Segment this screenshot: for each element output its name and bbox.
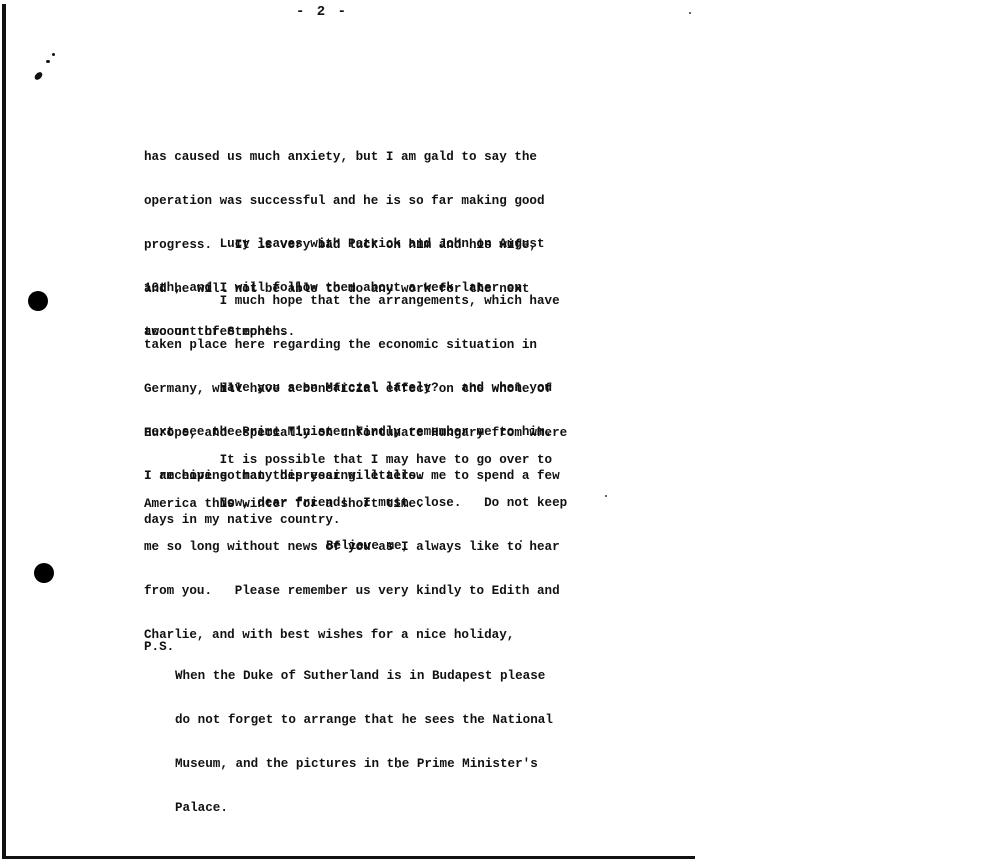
ink-speck bbox=[520, 540, 522, 542]
ink-speck bbox=[605, 495, 607, 497]
text-line: Now, dear friend! I must close. Do not k… bbox=[144, 496, 567, 511]
text-line: Have you seen Marczel lately? and when y… bbox=[144, 381, 560, 396]
text-line: Palace. bbox=[175, 801, 553, 816]
letter-closing: Believe me, bbox=[326, 539, 409, 553]
text-line: operation was successful and he is so fa… bbox=[144, 194, 545, 209]
ink-speck bbox=[397, 766, 399, 768]
page-left-edge bbox=[2, 4, 6, 858]
punch-hole bbox=[34, 563, 54, 583]
text-line: It is possible that I may have to go ove… bbox=[144, 453, 552, 468]
text-line: Museum, and the pictures in the Prime Mi… bbox=[175, 757, 553, 772]
text-line: Lucy leaves with Patrick and John on Aug… bbox=[144, 237, 545, 252]
ink-speck bbox=[689, 12, 691, 14]
text-line: taken place here regarding the economic … bbox=[144, 338, 567, 353]
text-line: When the Duke of Sutherland is in Budape… bbox=[175, 669, 553, 684]
postscript-body: When the Duke of Sutherland is in Budape… bbox=[175, 640, 553, 844]
postscript-label: P.S. bbox=[144, 640, 174, 655]
text-line: from you. Please remember us very kindly… bbox=[144, 584, 567, 599]
text-line: I much hope that the arrangements, which… bbox=[144, 294, 567, 309]
ink-mark bbox=[52, 53, 55, 56]
page-bottom-edge bbox=[2, 856, 695, 859]
page-number: - 2 - bbox=[296, 4, 348, 20]
ink-mark bbox=[46, 60, 50, 63]
postscript: P.S. When the Duke of Sutherland is in B… bbox=[144, 640, 159, 684]
punch-hole bbox=[28, 291, 48, 311]
letter-paragraph: Now, dear friend! I must close. Do not k… bbox=[144, 467, 567, 657]
ink-mark bbox=[33, 71, 44, 82]
text-line: do not forget to arrange that he sees th… bbox=[175, 713, 553, 728]
text-line: has caused us much anxiety, but I am gal… bbox=[144, 150, 545, 165]
